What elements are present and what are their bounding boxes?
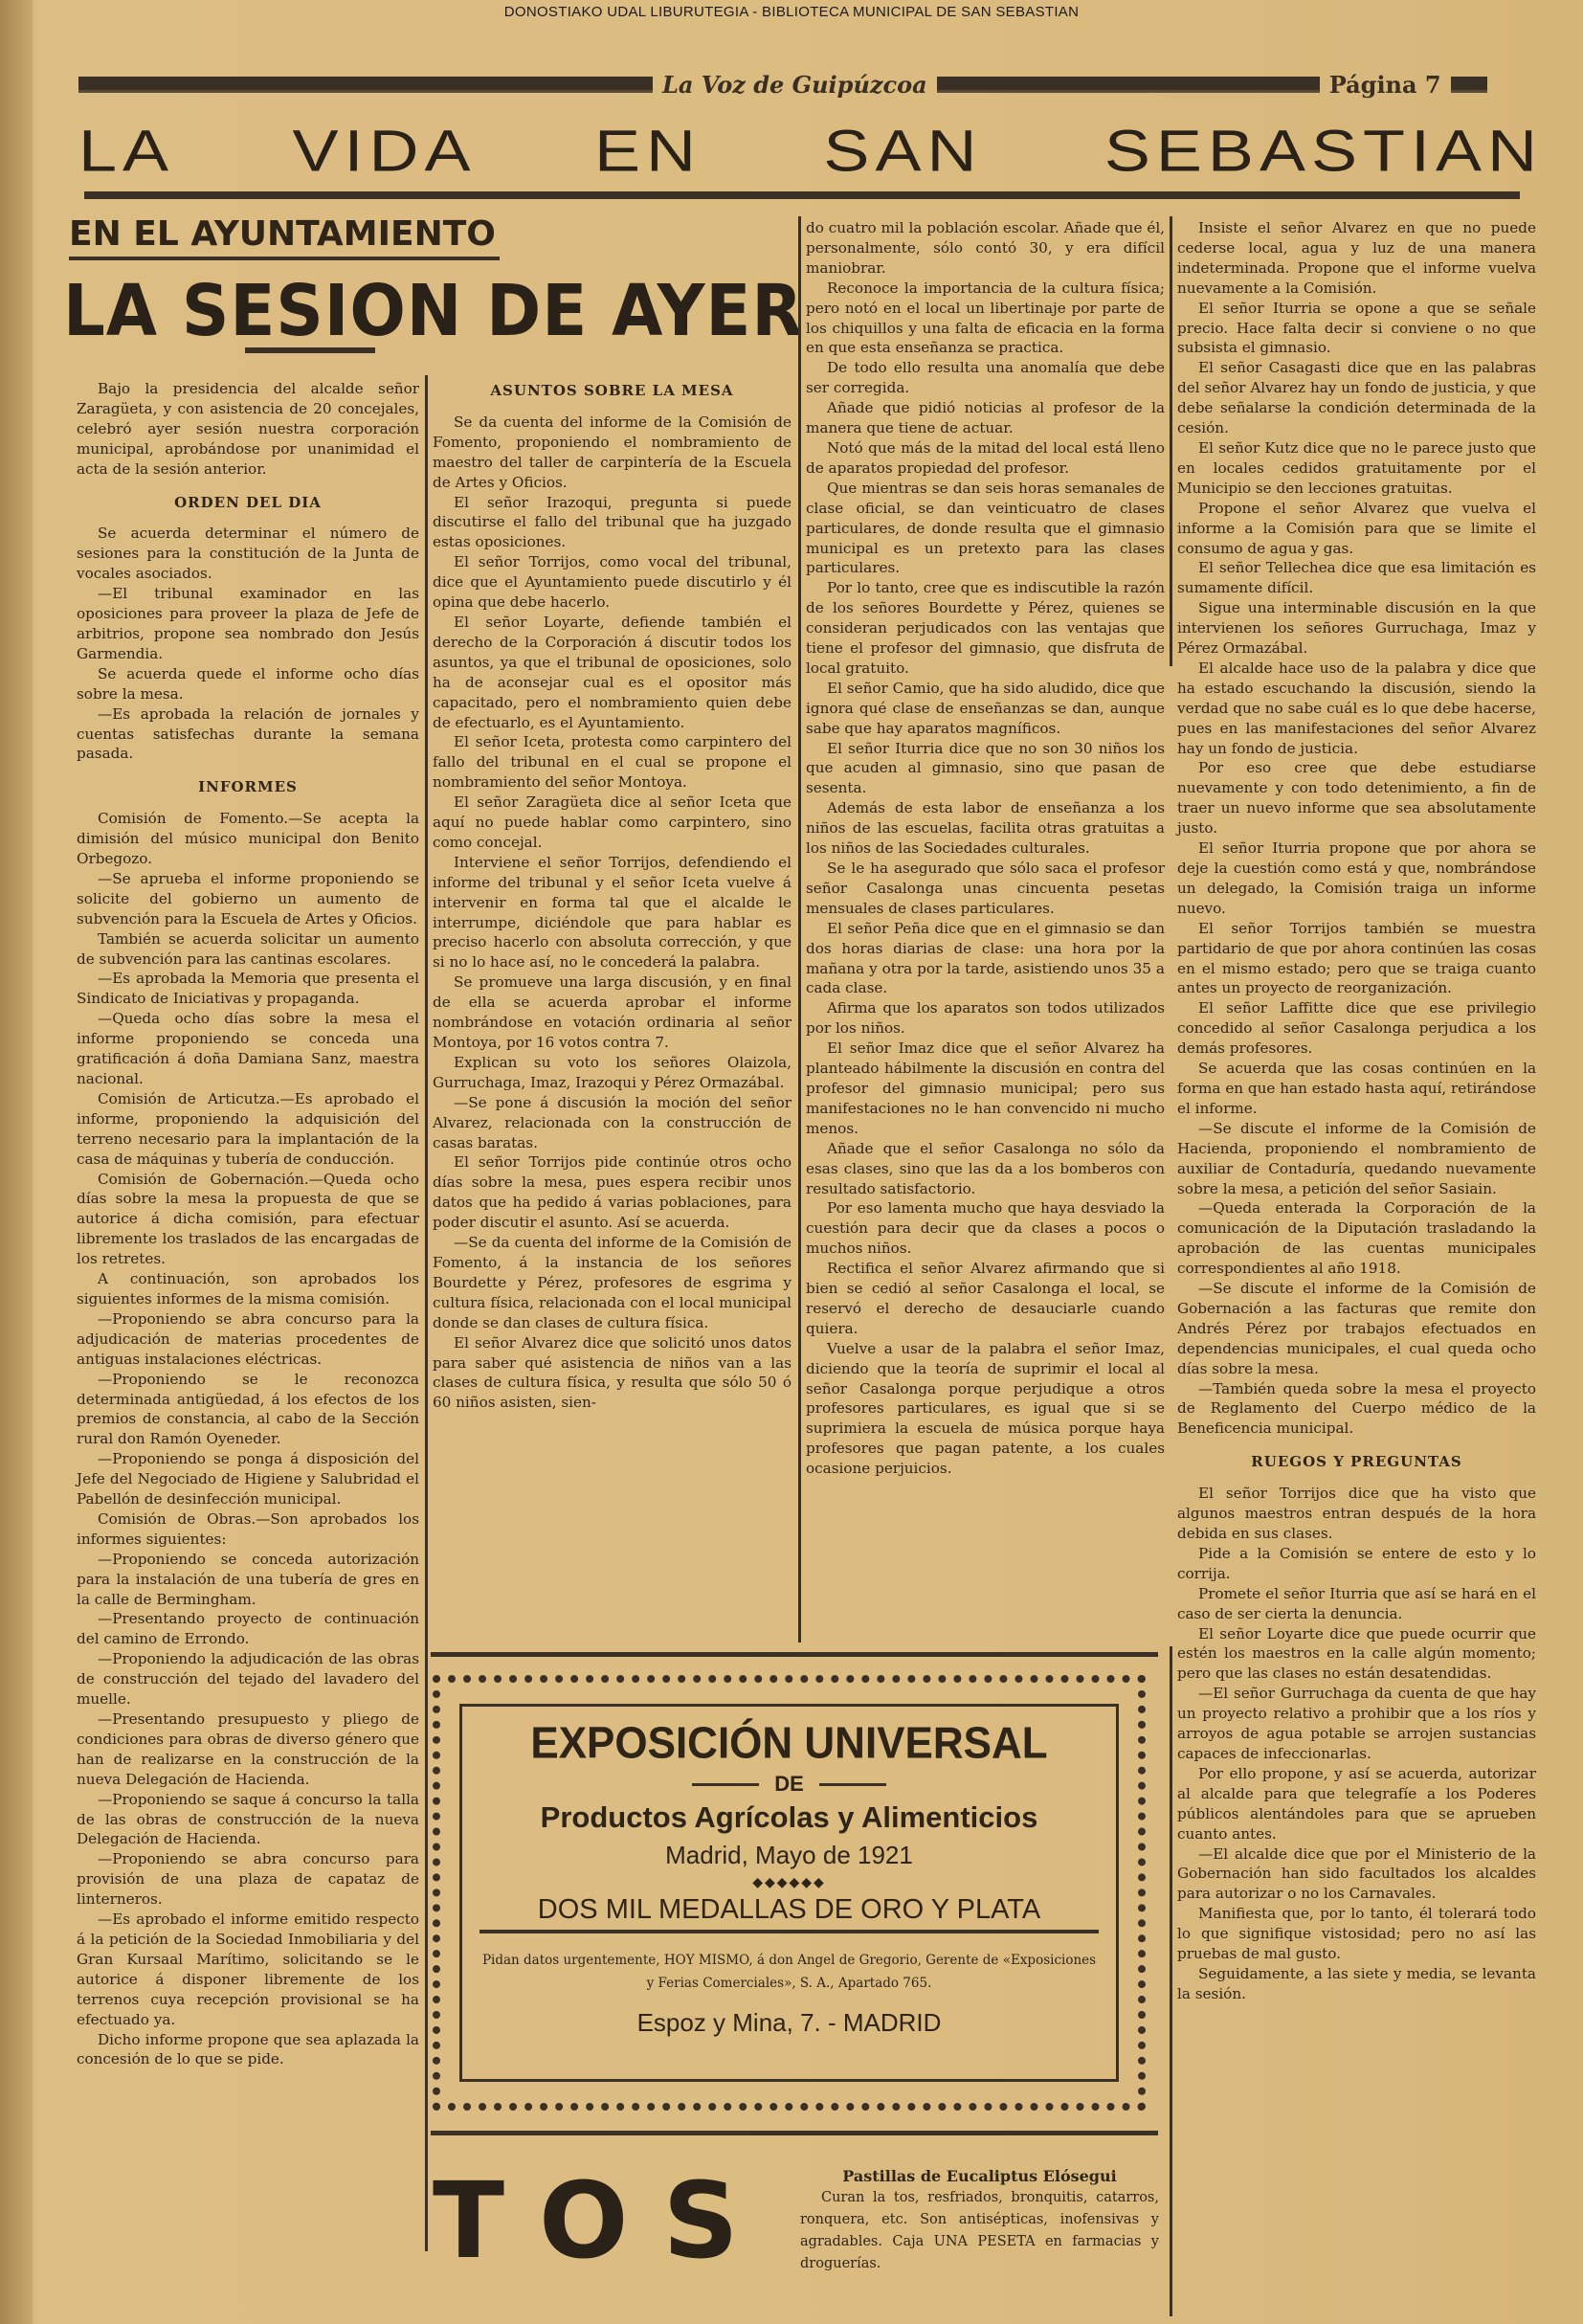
ad-de-line: DE [462,1772,1116,1797]
masthead-rule-right [937,77,1320,93]
paragraph: También se acuerda solicitar un aumento … [77,929,419,970]
paragraph: Rectifica el señor Alvarez afirmando que… [806,1259,1165,1339]
article-column-3: do cuatro mil la población escolar. Añad… [806,218,1165,1479]
advertisement-exposicion: EXPOSICIÓN UNIVERSAL DE Productos Agríco… [433,1675,1146,2111]
paragraph: El señor Iturria dice que no son 30 niño… [806,739,1165,799]
paragraph: —Proponiendo se le reconozca determinada… [77,1370,419,1450]
paragraph: —El señor Gurruchaga da cuenta de que ha… [1177,1684,1536,1764]
paragraph: Por lo tanto, cree que es indiscutible l… [806,578,1165,679]
paragraph: —Proponiendo se abra concurso para provi… [77,1849,419,1910]
tos-ad-word: TOS [433,2159,773,2282]
masthead-rule-left [78,77,653,93]
paragraph: Se le ha asegurado que sólo saca el prof… [806,859,1165,919]
paragraph: —Se discute el informe de la Comisión de… [1177,1279,1536,1379]
paragraph: Comisión de Articutza.—Es aprobado el in… [77,1089,419,1170]
paragraph: Notó que más de la mitad del local está … [806,438,1165,479]
paragraph: —Se aprueba el informe proponiendo se so… [77,869,419,929]
paragraph: El señor Iturria se opone a que se señal… [1177,299,1536,359]
column-rule-4 [1170,1646,1172,2316]
paragraph: Dicho informe propone que sea aplazada l… [77,2030,419,2070]
paragraph: —Presentando proyecto de continuación de… [77,1609,419,1649]
ad-inner-frame: EXPOSICIÓN UNIVERSAL DE Productos Agríco… [459,1704,1119,2082]
ad-dash-right [819,1783,886,1786]
paragraph: El señor Tellechea dice que esa limitaci… [1177,558,1536,598]
paragraph: —Proponiendo se abra concurso para la ad… [77,1309,419,1370]
paragraph: Explican su voto los señores Olaizola, G… [433,1053,791,1093]
paragraph: —Se da cuenta del informe de la Comisión… [433,1233,791,1333]
paragraph: A continuación, son aprobados los siguie… [77,1269,419,1309]
page-number: Página 7 [1329,71,1441,99]
paragraph: El señor Iturria propone que por ahora s… [1177,838,1536,919]
masthead-rule-end [1451,77,1487,93]
paragraph: De todo ello resulta una anomalía que de… [806,358,1165,398]
ad-date: Madrid, Mayo de 1921 [462,1841,1116,1870]
paragraph: —Queda ocho días sobre la mesa el inform… [77,1009,419,1089]
section-title: LA VIDA EN SAN SEBASTIAN [78,119,1543,184]
paragraph: Que mientras se dan seis horas semanales… [806,479,1165,579]
ad-bottom-rule [431,2131,1158,2135]
paragraph: Afirma que los aparatos son todos utiliz… [806,998,1165,1039]
tos-ad-title: Pastillas de Eucaliptus Elósegui [800,2165,1159,2187]
heading-informes: INFORMES [77,777,419,797]
ad-address: Espoz y Mina, 7. - MADRID [462,2008,1116,2038]
paragraph: —Proponiendo la adjudicación de las obra… [77,1649,419,1709]
paragraph: El señor Peña dice que en el gimnasio se… [806,919,1165,999]
ad-top-rule [431,1652,1158,1657]
paragraph: —Es aprobada la Memoria que presenta el … [77,969,419,1009]
ad-ornament-icon: ◆◆◆◆◆◆ [462,1874,1116,1890]
paragraph: —El alcalde dice que por el Ministerio d… [1177,1844,1536,1905]
paragraph: Comisión de Gobernación.—Queda ocho días… [77,1170,419,1270]
paragraph: El señor Kutz dice que no le parece just… [1177,438,1536,499]
paragraph: El señor Torrijos dice que ha visto que … [1177,1484,1536,1544]
column-rule-3 [1170,216,1172,666]
ad-medals: DOS MIL MEDALLAS DE ORO Y PLATA [479,1894,1099,1933]
paragraph: El señor Laffitte dice que ese privilegi… [1177,998,1536,1059]
paragraph: Interviene el señor Torrijos, defendiend… [433,853,791,972]
paragraph: El señor Zaragüeta dice al señor Iceta q… [433,793,791,853]
paragraph: —Es aprobado el informe emitido respecto… [77,1910,419,2029]
ad-subtitle: Productos Agrícolas y Alimenticios [462,1800,1116,1835]
paragraph: El señor Casagasti dice que en las palab… [1177,358,1536,438]
paragraph: Promete el señor Iturria que así se hará… [1177,1584,1536,1624]
paragraph: Comisión de Obras.—Son aprobados los inf… [77,1509,419,1550]
paragraph: El señor Torrijos también se muestra par… [1177,919,1536,999]
paragraph: do cuatro mil la población escolar. Añad… [806,218,1165,279]
paragraph: Vuelve a usar de la palabra el señor Ima… [806,1339,1165,1479]
paragraph: —Presentando presupuesto y pliego de con… [77,1709,419,1790]
paragraph: —Es aprobada la relación de jornales y c… [77,704,419,765]
paragraph: Sigue una interminable discusión en la q… [1177,598,1536,659]
paragraph: El señor Iceta, protesta como carpintero… [433,732,791,793]
ad-contact: Pidan datos urgentemente, HOY MISMO, á d… [481,1949,1097,1995]
paragraph: —Proponiendo se saque á concurso la tall… [77,1790,419,1850]
masthead: La Voz de Guipúzcoa Página 7 [78,67,1543,101]
paragraph: —Se pone á discusión la moción del señor… [433,1093,791,1153]
paragraph: Por eso cree que debe estudiarse nuevame… [1177,758,1536,838]
paragraph: El señor Torrijos, como vocal del tribun… [433,552,791,613]
paragraph: —El tribunal examinador en las oposicion… [77,584,419,664]
ad-dash-left [692,1783,759,1786]
paragraph: El señor Loyarte, defiende también el de… [433,613,791,732]
paragraph: Por ello propone, y así se acuerda, auto… [1177,1764,1536,1844]
section-rule [84,191,1520,199]
paragraph: Se da cuenta del informe de la Comisión … [433,413,791,493]
paragraph: Por eso lamenta mucho que haya desviado … [806,1198,1165,1259]
kicker-rule [69,257,500,260]
headline-rule [245,347,375,353]
article-kicker: EN EL AYUNTAMIENTO [69,214,496,254]
paragraph: Insiste el señor Alvarez en que no puede… [1177,218,1536,299]
newspaper-name: La Voz de Guipúzcoa [662,71,927,99]
ad-de: DE [774,1772,804,1797]
paragraph: Se acuerda que las cosas continúen en la… [1177,1059,1536,1119]
paragraph: Seguidamente, a las siete y media, se le… [1177,1964,1536,2004]
paragraph: Propone el señor Alvarez que vuelva el i… [1177,499,1536,559]
paragraph: Pide a la Comisión se entere de esto y l… [1177,1544,1536,1584]
tos-ad-body: Curan la tos, resfriados, bronquitis, ca… [800,2187,1159,2275]
newspaper-page: DONOSTIAKO UDAL LIBURUTEGIA - BIBLIOTECA… [0,0,1583,2324]
article-headline: LA SESION DE AYER [63,270,803,352]
paragraph: El señor Imaz dice que el señor Alvarez … [806,1039,1165,1139]
paragraph: Añade que pidió noticias al profesor de … [806,398,1165,438]
paragraph: Se promueve una larga discusión, y en fi… [433,972,791,1053]
heading-ruegos-y-preguntas: RUEGOS Y PREGUNTAS [1177,1452,1536,1472]
paragraph: —Se discute el informe de la Comisión de… [1177,1119,1536,1199]
paragraph: —También queda sobre la mesa el proyecto… [1177,1379,1536,1440]
paragraph: —Proponiendo se conceda autorización par… [77,1550,419,1610]
paragraph: Comisión de Fomento.—Se acepta la dimisi… [77,809,419,869]
intro-paragraph: Bajo la presidencia del alcalde señor Za… [77,379,419,480]
paragraph: Manifiesta que, por lo tanto, él tolerar… [1177,1904,1536,1964]
article-column-1: Bajo la presidencia del alcalde señor Za… [77,379,419,2069]
paragraph: —Proponiendo se ponga á disposición del … [77,1449,419,1509]
paragraph: Se acuerda determinar el número de sesio… [77,524,419,584]
paragraph: Además de esta labor de enseñanza a los … [806,798,1165,859]
paragraph: Reconoce la importancia de la cultura fí… [806,279,1165,359]
library-banner: DONOSTIAKO UDAL LIBURUTEGIA - BIBLIOTECA… [0,4,1583,20]
column-rule-2 [798,216,801,1642]
paragraph: El señor Torrijos pide continúe otros oc… [433,1152,791,1233]
paragraph: El señor Camio, que ha sido aludido, dic… [806,679,1165,739]
page-gutter [0,0,33,2324]
article-column-2: ASUNTOS SOBRE LA MESA Se da cuenta del i… [433,368,791,1413]
heading-asuntos-sobre-la-mesa: ASUNTOS SOBRE LA MESA [433,381,791,401]
paragraph: El alcalde hace uso de la palabra y dice… [1177,659,1536,759]
paragraph: El señor Irazoqui, pregunta si puede dis… [433,493,791,553]
paragraph: Se acuerda quede el informe ocho días so… [77,664,419,704]
ad-title: EXPOSICIÓN UNIVERSAL [462,1719,1116,1770]
paragraph: —Queda enterada la Corporación de la com… [1177,1198,1536,1279]
article-column-4: Insiste el señor Alvarez en que no puede… [1177,218,1536,2004]
paragraph: El señor Alvarez dice que solicitó unos … [433,1333,791,1414]
paragraph: El señor Loyarte dice que puede ocurrir … [1177,1624,1536,1685]
column-rule-1 [425,375,428,2251]
heading-orden-del-dia: ORDEN DEL DIA [77,493,419,513]
advertisement-pastillas: Pastillas de Eucaliptus Elósegui Curan l… [800,2165,1159,2275]
paragraph: Añade que el señor Casalonga no sólo da … [806,1139,1165,1199]
